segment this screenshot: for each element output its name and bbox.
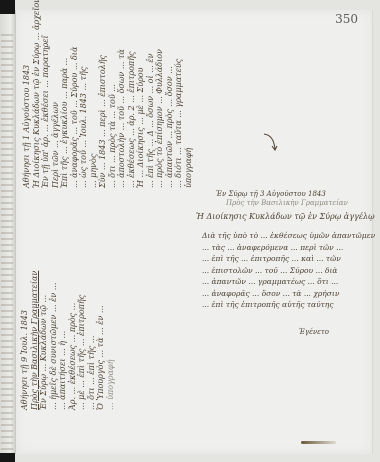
text-line: ... μὲ ... ἐπὶ τῆς ... ἐπιτροπῆς bbox=[77, 271, 87, 410]
text-line: Ἀρ. ... ἐκθέσεως ... πρὸς ... bbox=[68, 271, 78, 410]
text-line: Ἡ ... Διοίκησις ... μὲ ... Σύρου bbox=[136, 0, 146, 188]
text-line: ... ἀναφορᾶς ... τοῦ ... Σύρου ... διὰ bbox=[70, 0, 80, 188]
ink-smudge bbox=[301, 441, 336, 444]
text-line: Ἡ Διοίκησις Κυκλάδων τῷ ἐν Σύρῳ ... ἀρχε… bbox=[32, 0, 42, 188]
text-line: ... ὅτι ... πρὸς τὰ ... τοῦ ... bbox=[108, 0, 118, 188]
text-line: Διὰ τῆς ὑπὸ τὸ ... ἐκθέσεως ὑμῶν ἀπαντῶμ… bbox=[202, 230, 375, 242]
page-number: 350 bbox=[335, 12, 358, 26]
text-line: Σὺν ... 1843 ... περὶ ... ἐπιστολῆς bbox=[98, 0, 108, 188]
upper-vertical-block: Αθήνησι τῇ 1 Αὐγούστου 1843 Ἡ Διοίκησις … bbox=[22, 0, 193, 188]
text-line: Ὁ Ὑπουργὸς ... τὰ ... ἐν ... bbox=[96, 271, 106, 410]
text-line: Ἐπὶ τῆς ... ἐγκυκλίου ... παρὰ ... bbox=[60, 0, 70, 188]
horizontal-letter: Ἐν Σύρῳ τῇ 3 Αὐγούστου 1843 Πρὸς τὴν Βασ… bbox=[216, 190, 348, 208]
text-line: Ἐν τῇ ὑπ' ἀρ. ... ἐκθέσει ... παρατηρεῖ bbox=[41, 0, 51, 188]
text-line: ... πρὸς τὸ ἐπίσημον ... Φυλλάδιον bbox=[155, 0, 165, 188]
scan-edge-bottom bbox=[0, 453, 15, 462]
letter-date: Ἐν Σύρῳ τῇ 3 Αὐγούστου 1843 bbox=[216, 190, 348, 199]
text-line: ... ἀπαντῶν ... πρὸς ... ὅσον ... bbox=[165, 0, 175, 188]
text-line: Αθήνησι τῇ 1 Αὐγούστου 1843 bbox=[22, 0, 32, 188]
text-line: ... τὰς ... ἀναφερόμενα ... περὶ τῶν ... bbox=[202, 242, 375, 254]
letter-closing: Ἐγένετο bbox=[299, 327, 329, 339]
text-line: ... ἐπὶ τῆς ἐπιτροπῆς αὐτῆς ταύτης bbox=[202, 299, 375, 311]
letter-salutation: Ἡ Διοίκησις Κυκλάδων τῷ ἐν Σύρῳ ἀγγέλῳ bbox=[196, 211, 375, 223]
adjacent-page-script bbox=[1, 34, 13, 454]
text-line: ... ἀποστολὴν ... τοῦ ... ὅσων ... τὰ bbox=[117, 0, 127, 188]
text-line: ... ἡμεῖς δὲ συνιστῶμεν ... ἐν ... bbox=[49, 271, 59, 410]
text-line: ... ἀναφορᾶς ... ὅσον ... τὰ ... χρήσιν bbox=[202, 288, 375, 300]
letter-recipient: Πρὸς τὴν Βασιλικὴν Γραμματείαν bbox=[216, 199, 348, 208]
lower-vertical-block: Αθήνησι τῇ 9 Ἰουλ. 1843 Πρὸς τὴν Βασιλικ… bbox=[20, 271, 115, 410]
text-line: ... ὡς τοῦ ... Ἰουλ. 1843 ... τῆς bbox=[79, 0, 89, 188]
text-line: Πρὸς τὴν Βασιλικὴν Γραμματείαν bbox=[30, 271, 40, 410]
text-line: ... μηνὸς bbox=[89, 0, 99, 188]
text-line: ... ἐπιστολῶν ... τοῦ ... Σύρου ... διὰ bbox=[202, 265, 375, 277]
letter-body: Διὰ τῆς ὑπὸ τὸ ... ἐκθέσεως ὑμῶν ἀπαντῶμ… bbox=[202, 230, 375, 311]
manuscript-sheet: 350 Αθήνησι τῇ 1 Αὐγούστου 1843 Ἡ Διοίκη… bbox=[15, 10, 373, 454]
text-line: ... ὑπογραφή bbox=[106, 271, 116, 410]
text-line: ... ἀπαντῶν ... γραμματέως ... ὅτι ... bbox=[202, 276, 375, 288]
scanned-manuscript: 350 Αθήνησι τῇ 1 Αὐγούστου 1843 Ἡ Διοίκη… bbox=[0, 0, 380, 462]
text-line: ... ἐπὶ τῆς ... Δ ... ὅσων ... οἱ ... ἐν bbox=[146, 0, 156, 188]
adjacent-page-edge bbox=[0, 14, 15, 453]
text-line: ... ὅτι ... ἐπὶ τῆς ... bbox=[87, 271, 97, 410]
text-line: Ἐν Σύρῳ ... Κυκλάδων τῷ ... bbox=[39, 271, 49, 410]
text-line: ... διότι ... ταῦτα ... γραμματεύς bbox=[174, 0, 184, 188]
scan-edge-top bbox=[0, 0, 15, 14]
text-line: Αθήνησι τῇ 9 Ἰουλ. 1843 bbox=[20, 271, 30, 410]
text-line: Περὶ τῶν ... ἀγγέλων bbox=[51, 0, 61, 188]
curved-arrow-icon bbox=[263, 132, 279, 152]
text-line: ... ἐκθέσεως ... ἀρ. 2 ... ἐπιτροπῆς bbox=[127, 0, 137, 188]
text-line: ... ἐπὶ τῆς ... ἐπιτροπῆς ... καὶ ... τῶ… bbox=[202, 253, 375, 265]
text-line: ... ἀπαιτήσει ... ἡ ... bbox=[58, 271, 68, 410]
text-line: ὑπογραφή bbox=[184, 0, 194, 188]
